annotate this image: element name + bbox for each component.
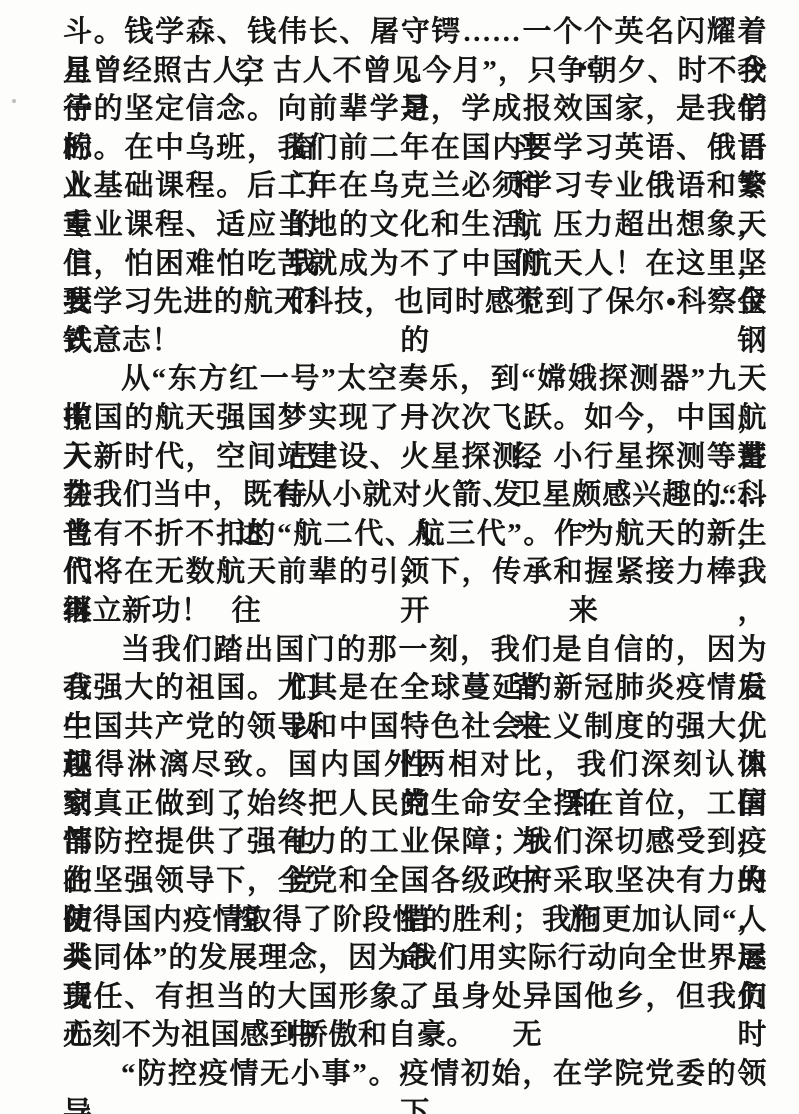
scan-speck — [12, 99, 16, 103]
text-line: 使得国内疫情取得了阶段性的胜利；我们更加认同“人类命运 — [63, 901, 767, 940]
document-page: 斗。钱学森、钱伟长、屠守锷……一个个英名闪耀着星空。“今月曾经照古人，古人不曾见… — [0, 0, 799, 1114]
text-line: 情防控提供了强有力的工业保障；我们深切感受到，在党中央 — [63, 823, 767, 862]
text-line: 信，怕困难怕吃苦就成为不了中国航天人！在这里，我们不仅 — [63, 245, 767, 284]
text-line: 标。在中乌班，我们前二年在国内要学习英语、俄语入门和专 — [63, 129, 767, 168]
text-line: 从“东方红一号”太空奏乐，到“嫦娥探测器”九天揽月， — [63, 360, 767, 399]
text-line: 入新时代，空间站建设、火星探测、小行星探测等蓄势待发…… — [63, 438, 767, 477]
text-line: 中国的航天强国梦实现了一次次飞跃。如今，中国航天已经进 — [63, 399, 767, 438]
text-line: 们将在无数航天前辈的引领下，传承和握紧接力棒，继往开来， — [63, 553, 767, 592]
text-line: 要学习先进的航天科技，也同时感觉到了保尔•科察金式的钢 — [63, 283, 767, 322]
text-line: 在我们当中，既有从小就对火箭、卫星颇感兴趣的“科普达人”， — [63, 476, 767, 515]
text-line: “防控疫情无小事”。疫情初始，在学院党委的领导下， — [63, 1055, 767, 1094]
text-line: 当我们踏出国门的那一刻，我们是自信的，因为我们背后 — [63, 631, 767, 670]
text-column: 斗。钱学森、钱伟长、屠守锷……一个个英名闪耀着星空。“今月曾经照古人，古人不曾见… — [63, 13, 767, 1094]
text-line: 责任、有担当的大国形象。虽身处异国他乡，但我们心中无时 — [63, 978, 767, 1017]
text-line: 的坚强领导下，全党和全国各级政府采取坚决有力的防控措施， — [63, 862, 767, 901]
text-line: 业基础课程。后二年在乌克兰必须学习专业俄语和繁重的航天 — [63, 167, 767, 206]
text-line: 有强大的祖国。尤其是在全球蔓延的新冠肺炎疫情发生以来， — [63, 669, 767, 708]
text-line: 斗。钱学森、钱伟长、屠守锷……一个个英名闪耀着星空。“今 — [63, 13, 767, 52]
text-line: 现得淋漓尽致。国内国外两相对比，我们深刻认识到，党和国 — [63, 746, 767, 785]
text-line: 中国共产党的领导和中国特色社会主义制度的强大优越性体 — [63, 708, 767, 747]
text-line: 月曾经照古人，古人不曾见今月”，只争朝夕、时不我待是学 — [63, 52, 767, 91]
text-line: 子的坚定信念。向前辈学习，学成报效国家，是我们的奋斗目 — [63, 90, 767, 129]
text-line: 共同体”的发展理念，因为我们用实际行动向全世界展现了负 — [63, 939, 767, 978]
text-line: 家真正做到了始终把人民的生命安全摆在首位，工信部也为疫 — [63, 785, 767, 824]
text-line: 专业课程、适应当地的文化和生活，压力超出想象，但我们坚 — [63, 206, 767, 245]
text-line: 也有不折不扣的“航二代、航三代”。作为航天的新生代，我 — [63, 515, 767, 554]
